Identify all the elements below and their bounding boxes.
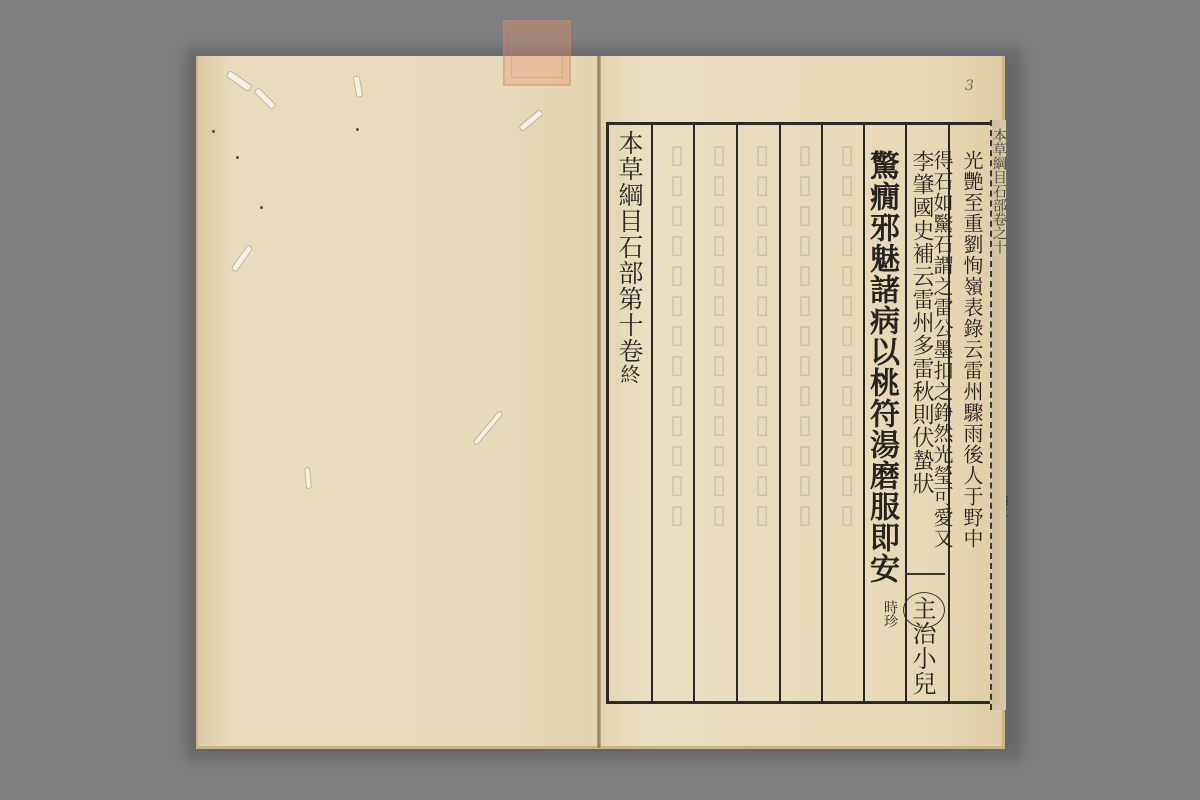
column-rule	[736, 124, 738, 702]
text-column-1: 李肇國史補云雷州多雷秋則伏蟄狀	[910, 150, 932, 495]
column-rule	[821, 124, 823, 702]
book-gutter	[597, 56, 601, 748]
main-text-column: 驚癇邪魅諸病以桃符湯磨服即安	[866, 150, 896, 584]
folio-number: 3	[965, 78, 974, 94]
worm-hole	[354, 76, 362, 97]
banxin-title: 本草綱目石部卷之十	[989, 128, 1009, 254]
column-rule	[779, 124, 781, 702]
bleed-through-column: ▯▯▯▯▯▯▯▯▯▯▯▯▯	[660, 140, 690, 530]
speck	[356, 128, 359, 131]
worm-hole	[305, 468, 311, 488]
text-column-3: 得石如黳石謂之雷公墨扣之錚然光瑩可愛又	[932, 150, 952, 549]
volume-title-column: 本草綱目石部第十卷終	[617, 130, 642, 385]
bleed-through-column: ▯▯▯▯▯▯▯▯▯▯▯▯▯	[788, 140, 818, 530]
text-column-4: 光艷至重劉恂嶺表錄云雷州驟雨後人于野中	[962, 150, 982, 549]
speck	[212, 130, 215, 133]
worm-hole	[227, 71, 252, 91]
bleed-through-column: ▯▯▯▯▯▯▯▯▯▯▯▯▯	[702, 140, 732, 530]
left-page	[196, 56, 600, 749]
column-rule	[693, 124, 695, 702]
annotation-heading: 主治小兒	[910, 596, 934, 696]
worm-hole	[255, 88, 276, 109]
volume-end-mark: 終	[617, 364, 641, 385]
speck	[236, 156, 239, 159]
volume-title: 本草綱目石部第十卷	[615, 130, 644, 364]
collector-seal	[503, 20, 571, 86]
attribution-note: 時珍	[880, 600, 900, 628]
worm-hole	[519, 110, 542, 131]
worm-hole	[474, 411, 503, 444]
annotation-bracket	[905, 573, 945, 575]
speck	[260, 206, 263, 209]
bleed-through-column: ▯▯▯▯▯▯▯▯▯▯▯▯▯	[830, 140, 860, 530]
bleed-through-column: ▯▯▯▯▯▯▯▯▯▯▯▯▯	[745, 140, 775, 530]
worm-hole	[232, 246, 252, 272]
column-rule	[651, 124, 653, 702]
